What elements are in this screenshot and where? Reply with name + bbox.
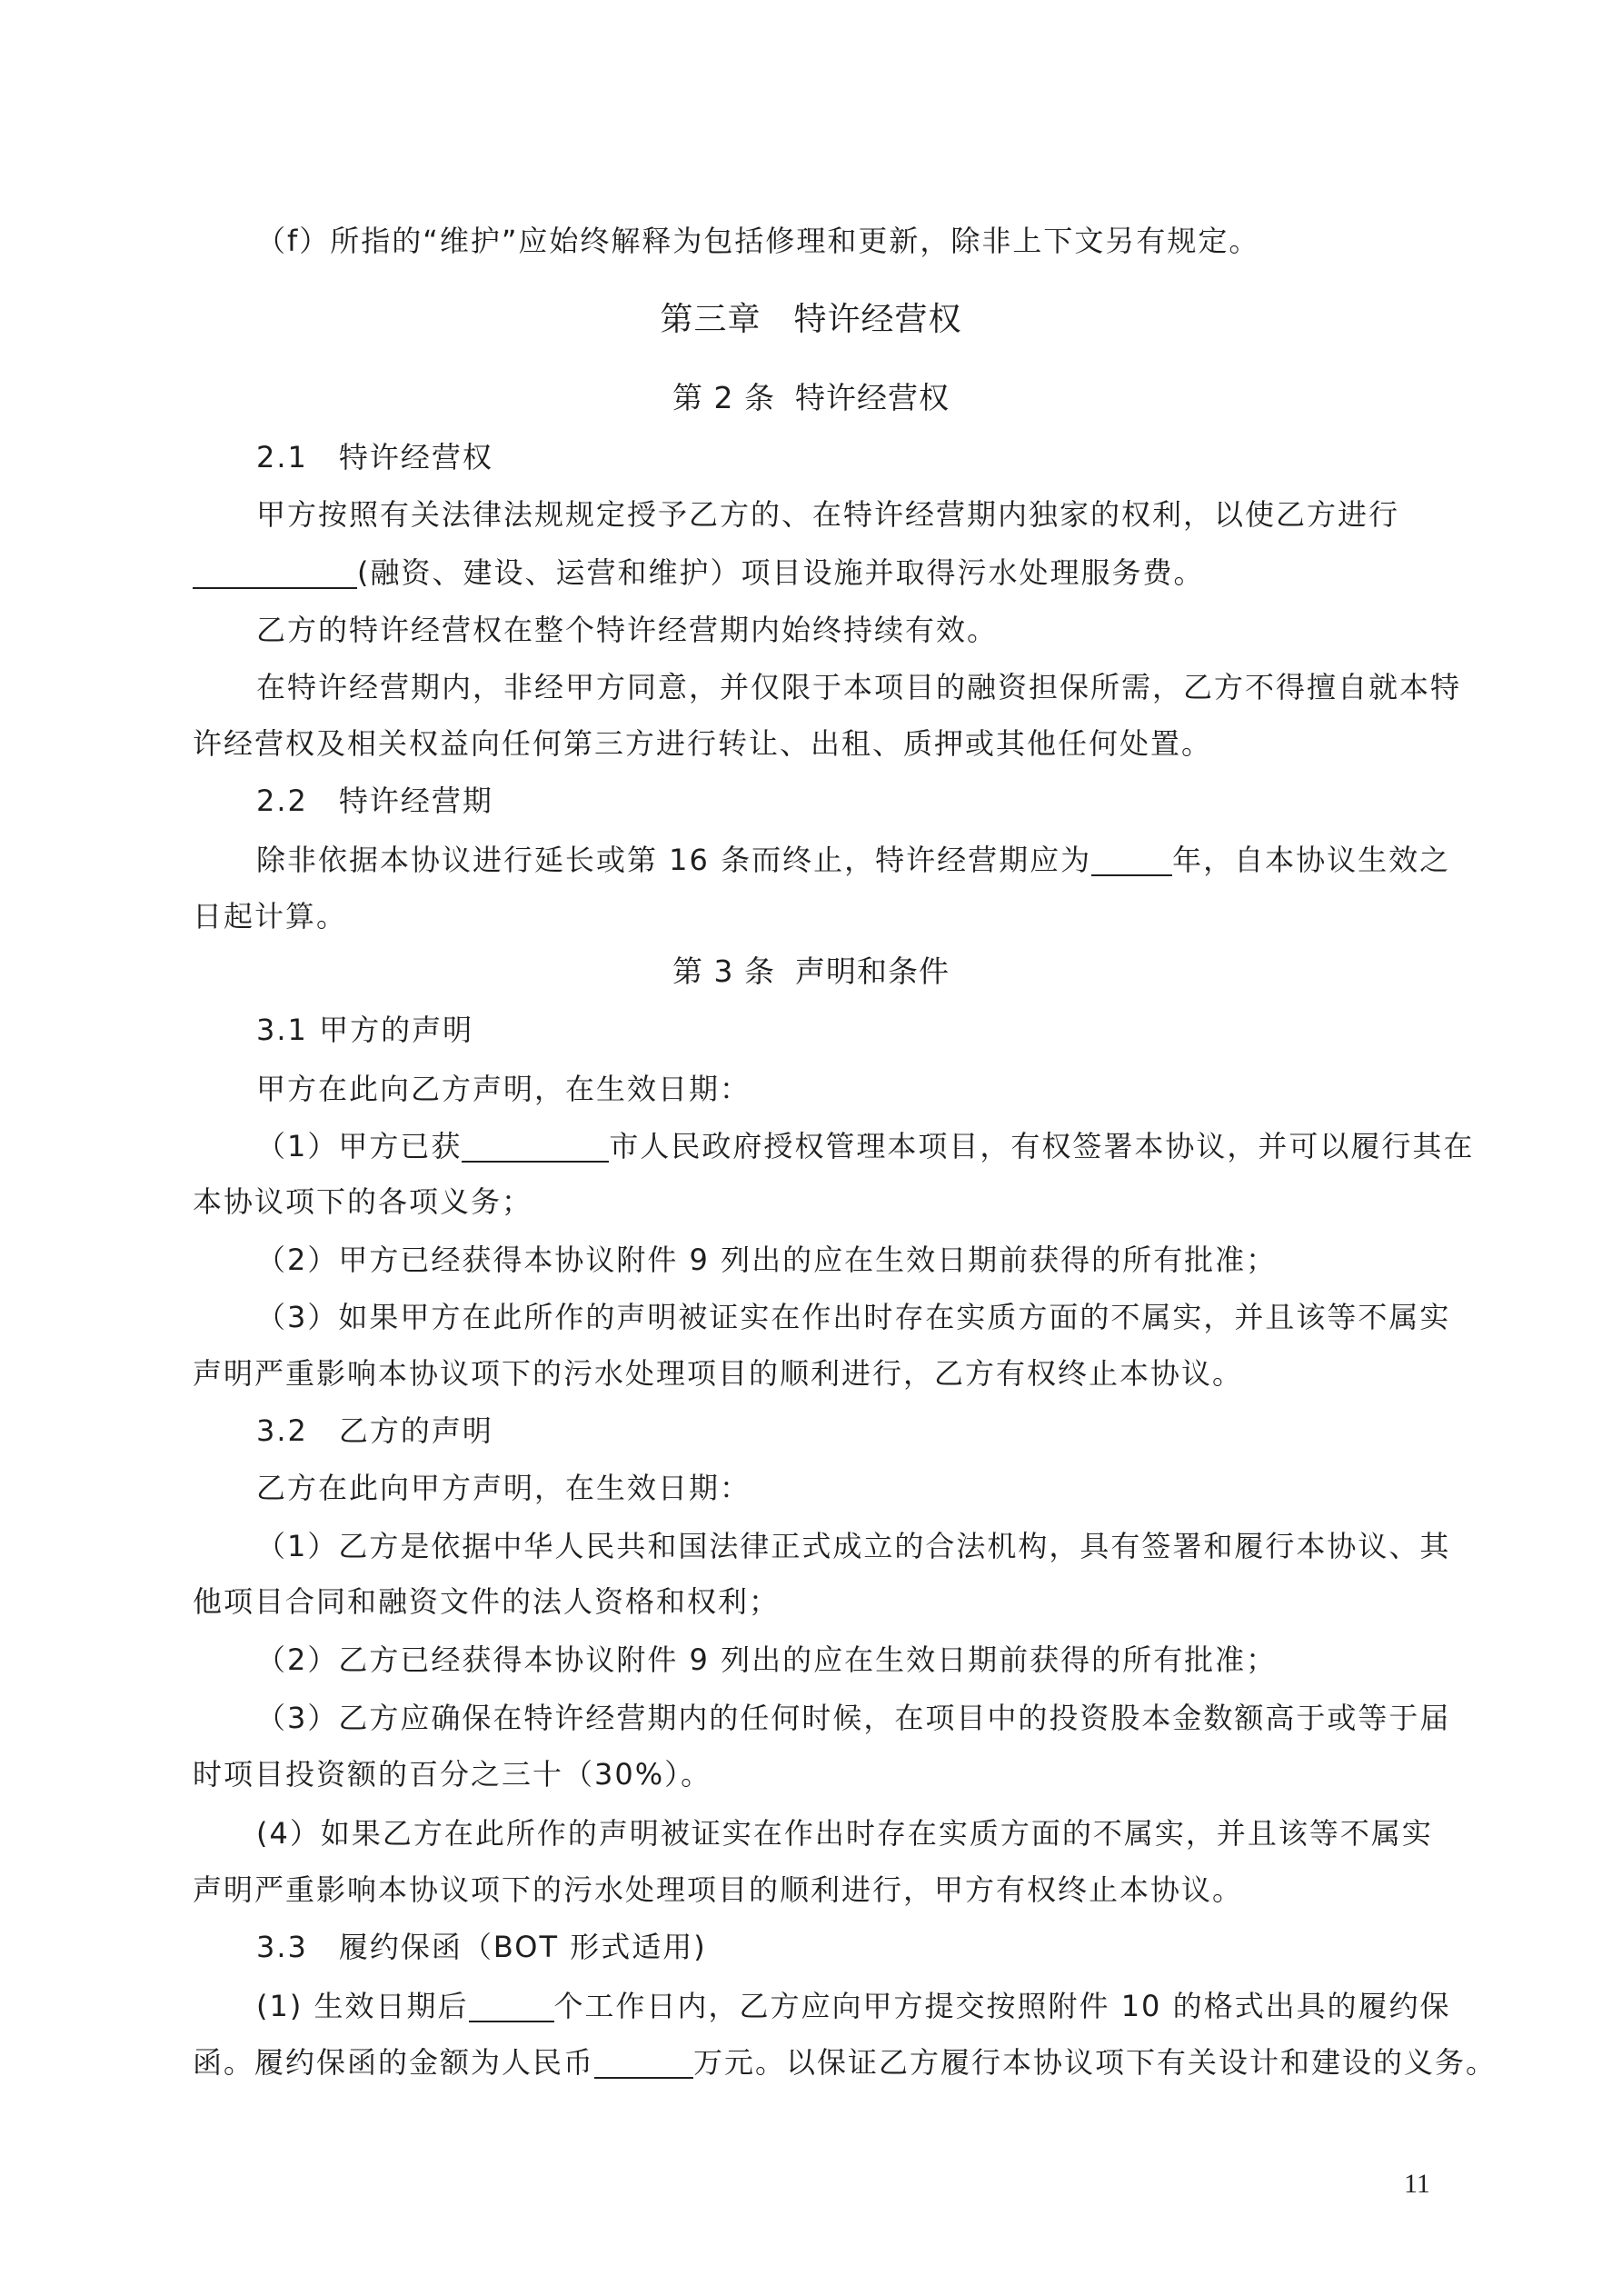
article-number: 第 3 条 [672,953,775,989]
article-2-heading: 第 2 条特许经营权 [0,378,1622,418]
fill-in-blank[interactable] [462,1130,609,1163]
article-number: 第 2 条 [672,380,775,415]
article-3-heading: 第 3 条声明和条件 [0,952,1622,992]
clause-f: （f）所指的“维护”应始终解释为包括修理和更新，除非上下文另有规定。 [256,221,1259,261]
chapter-number: 第三章 [660,301,761,338]
paragraph-line: 日起计算。 [193,896,347,936]
page-number: 11 [1404,2168,1430,2201]
paragraph-line: (4）如果乙方在此所作的声明被证实在作出时存在实质方面的不属实，并且该等不属实 [256,1813,1433,1853]
section-2-2-heading: 2.2 特许经营期 [256,781,493,821]
document-page: （f）所指的“维护”应始终解释为包括修理和更新，除非上下文另有规定。 第三章特许… [0,0,1622,2296]
paragraph-line: 时项目投资额的百分之三十（30%）。 [193,1754,711,1794]
paragraph-line: （2）乙方已经获得本协议附件 9 列出的应在生效日期前获得的所有批准； [256,1640,1277,1680]
paragraph-line: 除非依据本协议进行延长或第 16 条而终止，特许经营期应为年，自本协议生效之 [256,840,1450,880]
chapter-heading: 第三章特许经营权 [0,300,1622,340]
section-2-1-heading: 2.1 特许经营权 [256,437,493,477]
paragraph-line: 甲方在此向乙方声明，在生效日期： [256,1069,751,1109]
paragraph-line: 本协议项下的各项义务； [193,1182,532,1222]
paragraph-line: （3）乙方应确保在特许经营期内的任何时候，在项目中的投资股本金数额高于或等于届 [256,1698,1450,1738]
paragraph-line: (1) 生效日期后个工作日内，乙方应向甲方提交按照附件 10 的格式出具的履约保 [256,1986,1451,2026]
paragraph-line: （3）如果甲方在此所作的声明被证实在作出时存在实质方面的不属实，并且该等不属实 [256,1297,1450,1337]
fill-in-blank[interactable] [469,1990,554,2022]
paragraph-line: （2）甲方已经获得本协议附件 9 列出的应在生效日期前获得的所有批准； [256,1240,1277,1280]
paragraph-line: 声明严重影响本协议项下的污水处理项目的顺利进行，甲方有权终止本协议。 [193,1870,1243,1910]
paragraph-line: （1）甲方已获市人民政府授权管理本项目，有权签署本协议，并可以履行其在 [256,1126,1474,1166]
article-title: 声明和条件 [795,953,950,989]
paragraph-line: 在特许经营期内，非经甲方同意，并仅限于本项目的融资担保所需，乙方不得擅自就本特 [256,667,1461,707]
paragraph-line: 乙方的特许经营权在整个特许经营期内始终持续有效。 [256,610,998,650]
section-3-3-heading: 3.3 履约保函（BOT 形式适用) [256,1927,707,1967]
article-title: 特许经营权 [795,380,950,415]
paragraph-line: 函。履约保函的金额为人民币万元。以保证乙方履行本协议项下有关设计和建设的义务。 [193,2042,1497,2082]
paragraph-line: (融资、建设、运营和维护）项目设施并取得污水处理服务费。 [193,553,1205,593]
paragraph-line: 许经营权及相关权益向任何第三方进行转让、出租、质押或其他任何处置。 [193,724,1212,764]
section-3-1-heading: 3.1 甲方的声明 [256,1010,473,1050]
paragraph-line: （1）乙方是依据中华人民共和国法律正式成立的合法机构，具有签署和履行本协议、其 [256,1526,1450,1566]
fill-in-blank[interactable] [193,556,357,589]
fill-in-blank[interactable] [594,2046,693,2079]
chapter-title: 特许经营权 [794,301,962,338]
paragraph-line: 甲方按照有关法律法规规定授予乙方的、在特许经营期内独家的权利，以使乙方进行 [256,494,1399,534]
paragraph-line: 他项目合同和融资文件的法人资格和权利； [193,1582,780,1622]
paragraph-line: 乙方在此向甲方声明，在生效日期： [256,1468,751,1508]
section-3-2-heading: 3.2 乙方的声明 [256,1411,493,1451]
fill-in-blank[interactable] [1091,844,1172,876]
paragraph-line: 声明严重影响本协议项下的污水处理项目的顺利进行，乙方有权终止本协议。 [193,1353,1243,1393]
